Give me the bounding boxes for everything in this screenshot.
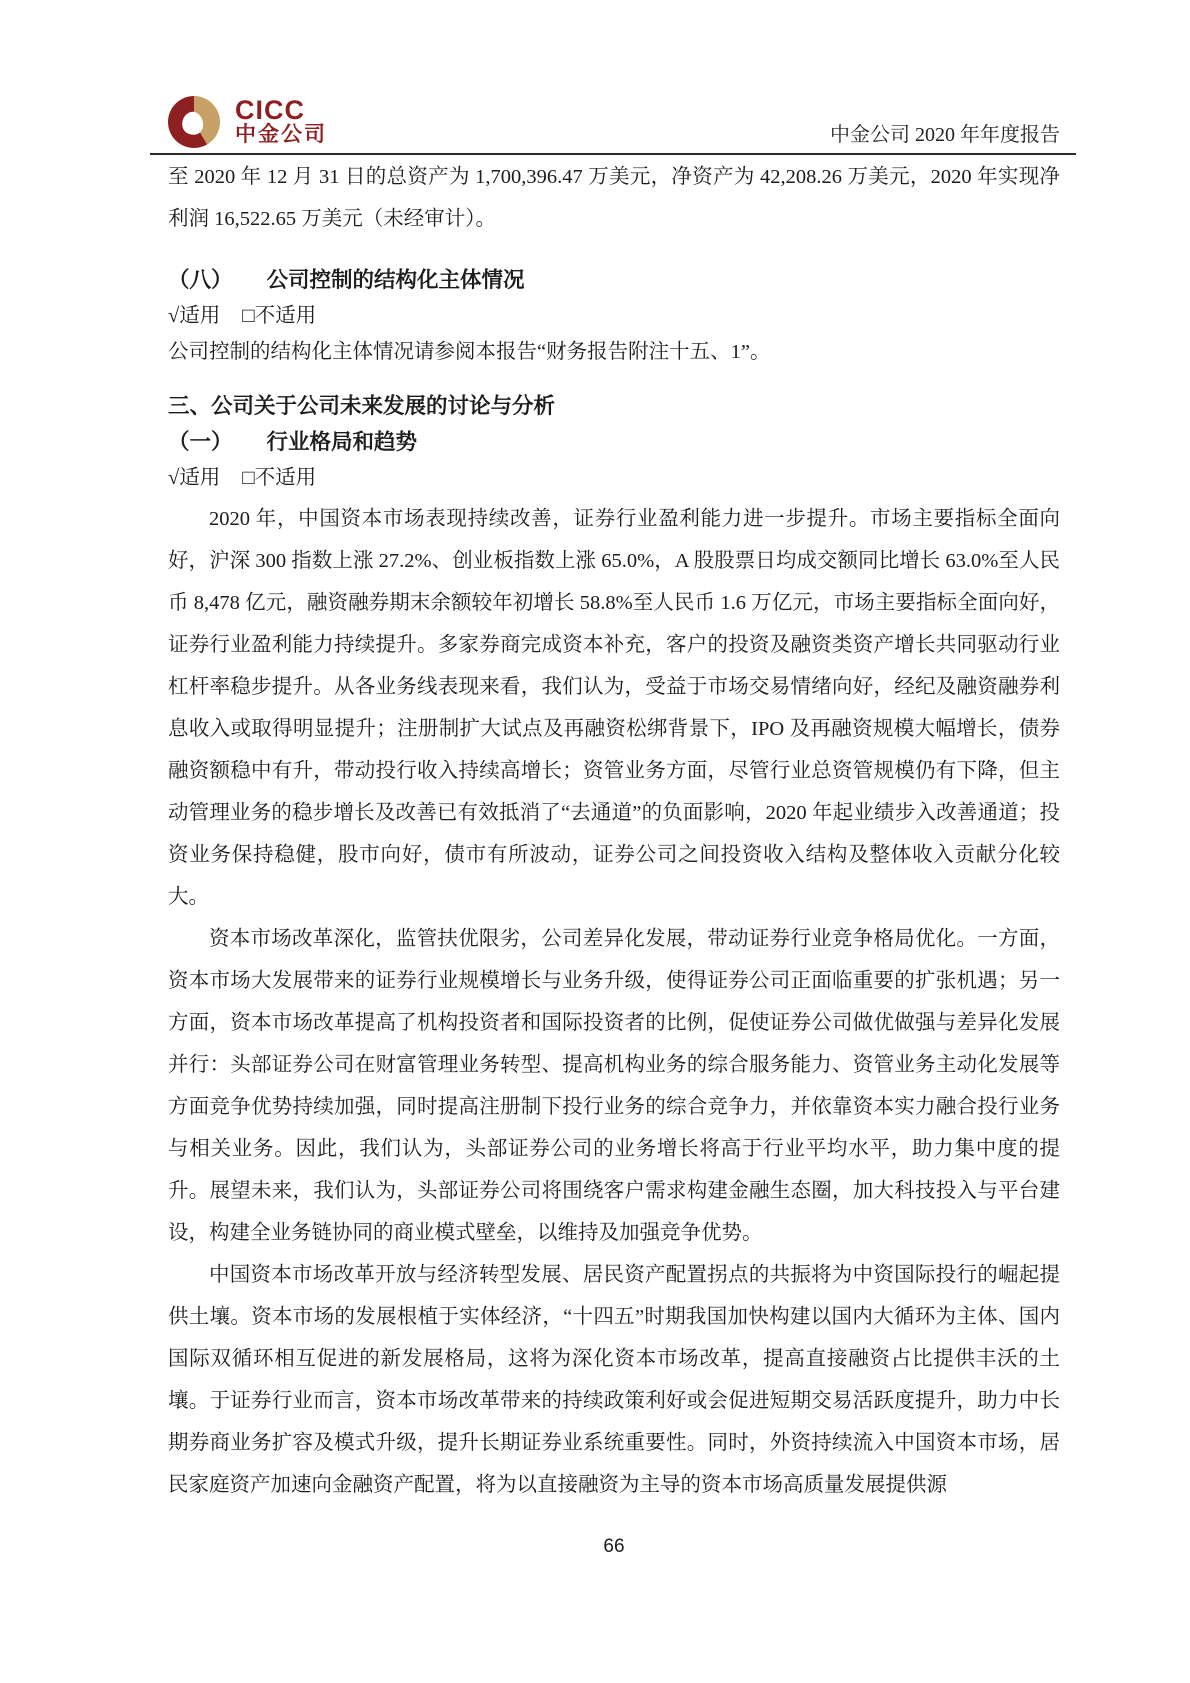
- applicable-checked-label: √适用: [168, 305, 220, 327]
- section-3-1-heading: （一）行业格局和趋势: [168, 424, 1060, 460]
- section-8-applicability: √适用□不适用: [168, 298, 1060, 334]
- intro-paragraph: 至 2020 年 12 月 31 日的总资产为 1,700,396.47 万美元…: [168, 156, 1060, 240]
- section-8-body: 公司控制的结构化主体情况请参阅本报告“财务报告附注十五、1”。: [168, 334, 1060, 370]
- industry-paragraph-3: 中国资本市场改革开放与经济转型发展、居民资产配置拐点的共振将为中资国际投行的崛起…: [168, 1254, 1060, 1506]
- section-8-heading: （八）公司控制的结构化主体情况: [168, 262, 1060, 298]
- section-8-title: 公司控制的结构化主体情况: [267, 268, 525, 292]
- industry-paragraph-2: 资本市场改革深化，监管扶优限劣，公司差异化发展，带动证券行业竞争格局优化。一方面…: [168, 918, 1060, 1254]
- document-body: 至 2020 年 12 月 31 日的总资产为 1,700,396.47 万美元…: [168, 156, 1060, 1506]
- cicc-logo: CICC 中金公司: [168, 96, 327, 148]
- logo-text-en: CICC: [235, 97, 327, 123]
- header-report-title: 中金公司 2020 年年度报告: [830, 123, 1060, 148]
- page-header: CICC 中金公司 中金公司 2020 年年度报告: [168, 86, 1060, 148]
- not-applicable-label: □不适用: [242, 305, 316, 327]
- section-3-1-title: 行业格局和趋势: [267, 430, 418, 454]
- not-applicable-label: □不适用: [242, 467, 316, 489]
- section-3-heading: 三、公司关于公司未来发展的讨论与分析: [168, 388, 1060, 424]
- section-8-number: （八）: [168, 268, 233, 292]
- annual-report-page: { "header": { "logo_text_en": "CICC", "l…: [0, 0, 1190, 1683]
- header-divider: [150, 153, 1076, 155]
- industry-paragraph-1: 2020 年，中国资本市场表现持续改善，证券行业盈利能力进一步提升。市场主要指标…: [168, 498, 1060, 918]
- section-3-1-number: （一）: [168, 430, 233, 454]
- applicable-checked-label: √适用: [168, 467, 220, 489]
- section-3-1-applicability: √适用□不适用: [168, 460, 1060, 496]
- logo-text-zh: 中金公司: [235, 123, 327, 147]
- cicc-logo-text: CICC 中金公司: [235, 97, 327, 147]
- page-number: 66: [168, 1536, 1060, 1558]
- cicc-logo-icon: [168, 96, 220, 148]
